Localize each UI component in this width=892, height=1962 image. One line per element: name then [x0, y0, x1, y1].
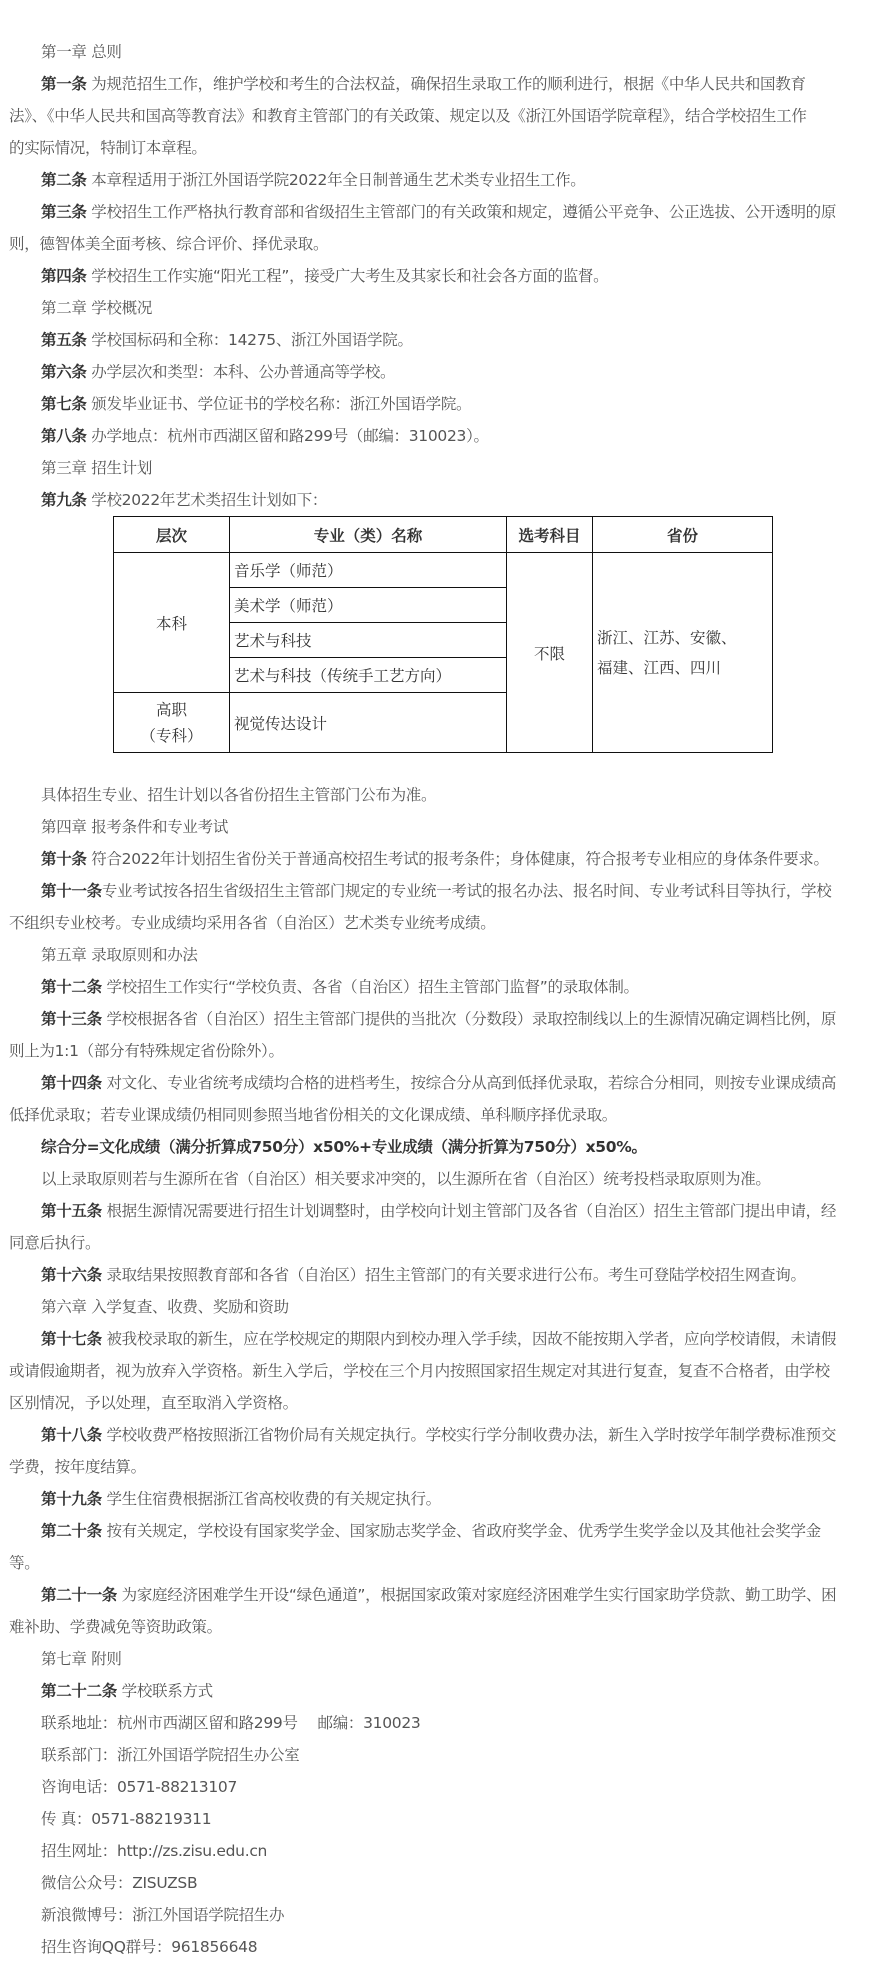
text-content: 办学地点：杭州市西湖区留和路299号（邮编：310023）。	[91, 427, 489, 445]
article-paragraph: 第六条 办学层次和类型：本科、公办普通高等学校。	[0, 356, 892, 388]
text-content: 综合分=文化成绩（满分折算成750分）x50%+专业成绩（满分折算为750分）x…	[41, 1138, 647, 1156]
article-paragraph: 第十五条 根据生源情况需要进行招生计划调整时，由学校向计划主管部门及各省（自治区…	[0, 1195, 892, 1259]
article-paragraph: 第十三条 学校根据各省（自治区）招生主管部门提供的当批次（分数段）录取控制线以上…	[0, 1003, 892, 1067]
text-content: 学校国标码和全称：14275、浙江外国语学院。	[91, 331, 412, 349]
article-paragraph: 第十九条 学生住宿费根据浙江省高校收费的有关规定执行。	[0, 1483, 892, 1515]
text-line: 同意后执行。	[0, 1227, 892, 1259]
text-line: 第六条 办学层次和类型：本科、公办普通高等学校。	[0, 356, 892, 388]
text-content: 学生住宿费根据浙江省高校收费的有关规定执行。	[106, 1490, 440, 1508]
cell-subjects: 不限	[507, 553, 593, 753]
text-line: 第八条 办学地点：杭州市西湖区留和路299号（邮编：310023）。	[0, 420, 892, 452]
article-paragraph: 第二十条 按有关规定，学校设有国家奖学金、国家励志奖学金、省政府奖学金、优秀学生…	[0, 1515, 892, 1579]
text-content: 的实际情况，特制订本章程。	[9, 139, 207, 157]
article-label: 第十一条	[41, 882, 102, 900]
text-line: 第二十条 按有关规定，学校设有国家奖学金、国家励志奖学金、省政府奖学金、优秀学生…	[0, 1515, 892, 1547]
article-label: 第八条	[41, 427, 87, 445]
chapter-heading: 第七章 附则	[0, 1643, 892, 1675]
section-after-table: 具体招生专业、招生计划以各省份招生主管部门公布为准。第四章 报考条件和专业考试第…	[0, 779, 892, 1707]
contact-line: 联系部门：浙江外国语学院招生办公室	[0, 1739, 892, 1771]
article-label: 第六条	[41, 363, 87, 381]
contact-line[interactable]: 招生网址：http://zs.zisu.edu.cn	[0, 1835, 892, 1867]
text-content: 难补助、学费减免等资助政策。	[9, 1618, 222, 1636]
text-content: 第一章 总则	[41, 43, 122, 61]
text-line: 第十八条 学校收费严格按照浙江省物价局有关规定执行。学校实行学分制收费办法，新生…	[0, 1419, 892, 1451]
contact-line: 微信公众号：ZISUZSB	[0, 1867, 892, 1899]
text-line: 第十七条 被我校录取的新生，应在学校规定的期限内到校办理入学手续，因故不能按期入…	[0, 1323, 892, 1355]
article-paragraph: 第十七条 被我校录取的新生，应在学校规定的期限内到校办理入学手续，因故不能按期入…	[0, 1323, 892, 1419]
text-content: 法》、《中华人民共和国高等教育法》和教育主管部门的有关政策、规定以及《浙江外国语…	[9, 107, 807, 125]
text-line: 第十一条专业考试按各招生省级招生主管部门规定的专业统一考试的报名办法、报名时间、…	[0, 875, 892, 907]
article-label: 第二十一条	[41, 1586, 117, 1604]
text-line: 第四条 学校招生工作实施“阳光工程”，接受广大考生及其家长和社会各方面的监督。	[0, 260, 892, 292]
text-line: 第十三条 学校根据各省（自治区）招生主管部门提供的当批次（分数段）录取控制线以上…	[0, 1003, 892, 1035]
text-content: 被我校录取的新生，应在学校规定的期限内到校办理入学手续，因故不能按期入学者，应向…	[106, 1330, 836, 1348]
chapter-heading: 第四章 报考条件和专业考试	[0, 811, 892, 843]
text-line: 以上录取原则若与生源所在省（自治区）相关要求冲突的，以生源所在省（自治区）统考投…	[0, 1163, 892, 1195]
article-paragraph: 第十六条 录取结果按照教育部和各省（自治区）招生主管部门的有关要求进行公布。考生…	[0, 1259, 892, 1291]
article-label: 第三条	[41, 203, 87, 221]
text-content: 同意后执行。	[9, 1234, 100, 1252]
article-label: 第二十条	[41, 1522, 102, 1540]
text-line: 第十六条 录取结果按照教育部和各省（自治区）招生主管部门的有关要求进行公布。考生…	[0, 1259, 892, 1291]
text-line: 第十四条 对文化、专业省统考成绩均合格的进档考生，按综合分从高到低择优录取，若综…	[0, 1067, 892, 1099]
text-line: 第七条 颁发毕业证书、学位证书的学校名称：浙江外国语学院。	[0, 388, 892, 420]
article-paragraph: 第十二条 学校招生工作实行“学校负责、各省（自治区）招生主管部门监督”的录取体制…	[0, 971, 892, 1003]
text-line: 法》、《中华人民共和国高等教育法》和教育主管部门的有关政策、规定以及《浙江外国语…	[0, 100, 892, 132]
article-paragraph: 第一条 为规范招生工作，维护学校和考生的合法权益，确保招生录取工作的顺利进行，根…	[0, 68, 892, 164]
text-content: 第四章 报考条件和专业考试	[41, 818, 228, 836]
text-content: 第七章 附则	[41, 1650, 122, 1668]
cell-major: 视觉传达设计	[230, 693, 507, 753]
contact-line: 传 真：0571-88219311	[0, 1803, 892, 1835]
text-content: 以上录取原则若与生源所在省（自治区）相关要求冲突的，以生源所在省（自治区）统考投…	[41, 1170, 771, 1188]
text-content: 符合2022年计划招生省份关于普通高校招生考试的报考条件；身体健康，符合报考专业…	[91, 850, 828, 868]
article-paragraph: 第九条 学校2022年艺术类招生计划如下：	[0, 484, 892, 516]
text-content: 本章程适用于浙江外国语学院2022年全日制普通生艺术类专业招生工作。	[91, 171, 585, 189]
article-paragraph: 第十条 符合2022年计划招生省份关于普通高校招生考试的报考条件；身体健康，符合…	[0, 843, 892, 875]
text-line: 第九条 学校2022年艺术类招生计划如下：	[0, 484, 892, 516]
article-label: 第十条	[41, 850, 87, 868]
article-label: 第十四条	[41, 1074, 102, 1092]
admission-charter-document: 第一章 总则第一条 为规范招生工作，维护学校和考生的合法权益，确保招生录取工作的…	[0, 36, 892, 1962]
text-line: 第二十二条 学校联系方式	[0, 1675, 892, 1707]
header-provinces: 省份	[593, 517, 773, 553]
article-paragraph: 第四条 学校招生工作实施“阳光工程”，接受广大考生及其家长和社会各方面的监督。	[0, 260, 892, 292]
text-line: 第一章 总则	[0, 36, 892, 68]
table-row: 本科 音乐学（师范） 不限 浙江、江苏、安徽、 福建、江西、四川	[114, 553, 773, 588]
paragraph: 以上录取原则若与生源所在省（自治区）相关要求冲突的，以生源所在省（自治区）统考投…	[0, 1163, 892, 1195]
cell-major: 音乐学（师范）	[230, 553, 507, 588]
article-label: 第七条	[41, 395, 87, 413]
text-content: 低择优录取；若专业课成绩仍相同则参照当地省份相关的文化课成绩、单科顺序择优录取。	[9, 1106, 617, 1124]
provinces-line-2: 福建、江西、四川	[597, 653, 768, 683]
article-label: 第四条	[41, 267, 87, 285]
text-line: 的实际情况，特制订本章程。	[0, 132, 892, 164]
text-content: 办学层次和类型：本科、公办普通高等学校。	[91, 363, 395, 381]
text-content: 等。	[9, 1554, 39, 1572]
cell-level-undergrad: 本科	[114, 553, 230, 693]
text-line: 第二章 学校概况	[0, 292, 892, 324]
text-line: 第三条 学校招生工作严格执行教育部和省级招生主管部门的有关政策和规定，遵循公平竞…	[0, 196, 892, 228]
text-line: 第三章 招生计划	[0, 452, 892, 484]
article-paragraph: 第二十一条 为家庭经济困难学生开设“绿色通道”，根据国家政策对家庭经济困难学生实…	[0, 1579, 892, 1643]
text-content: 则上为1:1（部分有特殊规定省份除外）。	[9, 1042, 284, 1060]
enrollment-plan-table-wrapper: 层次 专业（类）名称 选考科目 省份 本科 音乐学（师范） 不限 浙江、江苏、安…	[0, 516, 892, 779]
header-level: 层次	[114, 517, 230, 553]
cell-provinces: 浙江、江苏、安徽、 福建、江西、四川	[593, 553, 773, 753]
chapter-heading: 第六章 入学复查、收费、奖励和资助	[0, 1291, 892, 1323]
text-line: 第六章 入学复查、收费、奖励和资助	[0, 1291, 892, 1323]
text-line: 第十五条 根据生源情况需要进行招生计划调整时，由学校向计划主管部门及各省（自治区…	[0, 1195, 892, 1227]
text-content: 学校根据各省（自治区）招生主管部门提供的当批次（分数段）录取控制线以上的生源情况…	[106, 1010, 836, 1028]
text-content: 根据生源情况需要进行招生计划调整时，由学校向计划主管部门及各省（自治区）招生主管…	[106, 1202, 836, 1220]
header-major: 专业（类）名称	[230, 517, 507, 553]
article-label: 第十七条	[41, 1330, 102, 1348]
text-line: 第一条 为规范招生工作，维护学校和考生的合法权益，确保招生录取工作的顺利进行，根…	[0, 68, 892, 100]
contact-info-list: 联系地址：杭州市西湖区留和路299号 邮编：310023联系部门：浙江外国语学院…	[0, 1707, 892, 1962]
text-content: 第二章 学校概况	[41, 299, 152, 317]
text-line: 第二条 本章程适用于浙江外国语学院2022年全日制普通生艺术类专业招生工作。	[0, 164, 892, 196]
level-vocational-line-2: （专科）	[118, 723, 225, 749]
section-before-table: 第一章 总则第一条 为规范招生工作，维护学校和考生的合法权益，确保招生录取工作的…	[0, 36, 892, 516]
chapter-heading: 第一章 总则	[0, 36, 892, 68]
text-line: 第五条 学校国标码和全称：14275、浙江外国语学院。	[0, 324, 892, 356]
article-label: 第一条	[41, 75, 87, 93]
text-content: 或请假逾期者，视为放弃入学资格。新生入学后，学校在三个月内按照国家招生规定对其进…	[9, 1362, 830, 1380]
text-line: 区别情况，予以处理，直至取消入学资格。	[0, 1387, 892, 1419]
text-line: 第五章 录取原则和办法	[0, 939, 892, 971]
chapter-heading: 第五章 录取原则和办法	[0, 939, 892, 971]
article-paragraph: 第三条 学校招生工作严格执行教育部和省级招生主管部门的有关政策和规定，遵循公平竞…	[0, 196, 892, 260]
text-content: 具体招生专业、招生计划以各省份招生主管部门公布为准。	[41, 786, 436, 804]
text-line: 具体招生专业、招生计划以各省份招生主管部门公布为准。	[0, 779, 892, 811]
contact-line: 咨询电话：0571-88213107	[0, 1771, 892, 1803]
article-label: 第二条	[41, 171, 87, 189]
article-paragraph: 第七条 颁发毕业证书、学位证书的学校名称：浙江外国语学院。	[0, 388, 892, 420]
text-line: 第二十一条 为家庭经济困难学生开设“绿色通道”，根据国家政策对家庭经济困难学生实…	[0, 1579, 892, 1611]
article-label: 第十八条	[41, 1426, 102, 1444]
article-label: 第二十二条	[41, 1682, 117, 1700]
text-line: 低择优录取；若专业课成绩仍相同则参照当地省份相关的文化课成绩、单科顺序择优录取。	[0, 1099, 892, 1131]
text-content: 第三章 招生计划	[41, 459, 152, 477]
text-content: 学校招生工作实施“阳光工程”，接受广大考生及其家长和社会各方面的监督。	[91, 267, 608, 285]
article-label: 第十六条	[41, 1266, 102, 1284]
article-paragraph: 第八条 办学地点：杭州市西湖区留和路299号（邮编：310023）。	[0, 420, 892, 452]
text-content: 第五章 录取原则和办法	[41, 946, 198, 964]
chapter-heading: 第三章 招生计划	[0, 452, 892, 484]
contact-line: 新浪微博号：浙江外国语学院招生办	[0, 1899, 892, 1931]
text-content: 学费，按年度结算。	[9, 1458, 146, 1476]
table-header-row: 层次 专业（类）名称 选考科目 省份	[114, 517, 773, 553]
contact-line: 联系地址：杭州市西湖区留和路299号 邮编：310023	[0, 1707, 892, 1739]
cell-major: 艺术与科技（传统手工艺方向）	[230, 658, 507, 693]
text-line: 第十条 符合2022年计划招生省份关于普通高校招生考试的报考条件；身体健康，符合…	[0, 843, 892, 875]
article-label: 第十五条	[41, 1202, 102, 1220]
text-content: 颁发毕业证书、学位证书的学校名称：浙江外国语学院。	[91, 395, 471, 413]
article-paragraph: 第十八条 学校收费严格按照浙江省物价局有关规定执行。学校实行学分制收费办法，新生…	[0, 1419, 892, 1483]
text-line: 第十二条 学校招生工作实行“学校负责、各省（自治区）招生主管部门监督”的录取体制…	[0, 971, 892, 1003]
cell-major: 美术学（师范）	[230, 588, 507, 623]
text-content: 学校2022年艺术类招生计划如下：	[91, 491, 327, 509]
paragraph: 具体招生专业、招生计划以各省份招生主管部门公布为准。	[0, 779, 892, 811]
text-content: 第六章 入学复查、收费、奖励和资助	[41, 1298, 289, 1316]
text-content: 为规范招生工作，维护学校和考生的合法权益，确保招生录取工作的顺利进行，根据《中华…	[91, 75, 805, 93]
chapter-heading: 第二章 学校概况	[0, 292, 892, 324]
contact-line: 招生咨询QQ群号：961856648	[0, 1931, 892, 1962]
text-line: 等。	[0, 1547, 892, 1579]
text-line: 难补助、学费减免等资助政策。	[0, 1611, 892, 1643]
text-line: 第四章 报考条件和专业考试	[0, 811, 892, 843]
text-line: 则上为1:1（部分有特殊规定省份除外）。	[0, 1035, 892, 1067]
header-subjects: 选考科目	[507, 517, 593, 553]
text-line: 学费，按年度结算。	[0, 1451, 892, 1483]
provinces-line-1: 浙江、江苏、安徽、	[597, 623, 768, 653]
enrollment-plan-table: 层次 专业（类）名称 选考科目 省份 本科 音乐学（师范） 不限 浙江、江苏、安…	[113, 516, 773, 753]
article-paragraph: 第十一条专业考试按各招生省级招生主管部门规定的专业统一考试的报名办法、报名时间、…	[0, 875, 892, 939]
text-line: 则，德智体美全面考核、综合评价、择优录取。	[0, 228, 892, 260]
text-content: 为家庭经济困难学生开设“绿色通道”，根据国家政策对家庭经济困难学生实行国家助学贷…	[122, 1586, 837, 1604]
text-line: 第十九条 学生住宿费根据浙江省高校收费的有关规定执行。	[0, 1483, 892, 1515]
text-content: 对文化、专业省统考成绩均合格的进档考生，按综合分从高到低择优录取，若综合分相同，…	[106, 1074, 836, 1092]
cell-major: 艺术与科技	[230, 623, 507, 658]
article-paragraph: 第二十二条 学校联系方式	[0, 1675, 892, 1707]
text-line: 综合分=文化成绩（满分折算成750分）x50%+专业成绩（满分折算为750分）x…	[0, 1131, 892, 1163]
text-content: 专业考试按各招生省级招生主管部门规定的专业统一考试的报名办法、报名时间、专业考试…	[102, 882, 832, 900]
text-content: 区别情况，予以处理，直至取消入学资格。	[9, 1394, 298, 1412]
text-line: 不组织专业校考。专业成绩均采用各省（自治区）艺术类专业统考成绩。	[0, 907, 892, 939]
paragraph: 综合分=文化成绩（满分折算成750分）x50%+专业成绩（满分折算为750分）x…	[0, 1131, 892, 1163]
text-content: 录取结果按照教育部和各省（自治区）招生主管部门的有关要求进行公布。考生可登陆学校…	[106, 1266, 805, 1284]
article-label: 第十三条	[41, 1010, 102, 1028]
text-content: 则，德智体美全面考核、综合评价、择优录取。	[9, 235, 328, 253]
text-content: 学校收费严格按照浙江省物价局有关规定执行。学校实行学分制收费办法，新生入学时按学…	[106, 1426, 836, 1444]
article-paragraph: 第二条 本章程适用于浙江外国语学院2022年全日制普通生艺术类专业招生工作。	[0, 164, 892, 196]
text-content: 按有关规定，学校设有国家奖学金、国家励志奖学金、省政府奖学金、优秀学生奖学金以及…	[106, 1522, 820, 1540]
text-content: 学校招生工作实行“学校负责、各省（自治区）招生主管部门监督”的录取体制。	[106, 978, 638, 996]
text-line: 第七章 附则	[0, 1643, 892, 1675]
text-line: 或请假逾期者，视为放弃入学资格。新生入学后，学校在三个月内按照国家招生规定对其进…	[0, 1355, 892, 1387]
text-content: 学校联系方式	[122, 1682, 213, 1700]
text-content: 学校招生工作严格执行教育部和省级招生主管部门的有关政策和规定，遵循公平竞争、公正…	[91, 203, 836, 221]
article-label: 第十九条	[41, 1490, 102, 1508]
article-label: 第五条	[41, 331, 87, 349]
level-vocational-line-1: 高职	[118, 697, 225, 723]
article-label: 第九条	[41, 491, 87, 509]
article-paragraph: 第十四条 对文化、专业省统考成绩均合格的进档考生，按综合分从高到低择优录取，若综…	[0, 1067, 892, 1131]
cell-level-vocational: 高职 （专科）	[114, 693, 230, 753]
article-label: 第十二条	[41, 978, 102, 996]
text-content: 不组织专业校考。专业成绩均采用各省（自治区）艺术类专业统考成绩。	[9, 914, 495, 932]
article-paragraph: 第五条 学校国标码和全称：14275、浙江外国语学院。	[0, 324, 892, 356]
